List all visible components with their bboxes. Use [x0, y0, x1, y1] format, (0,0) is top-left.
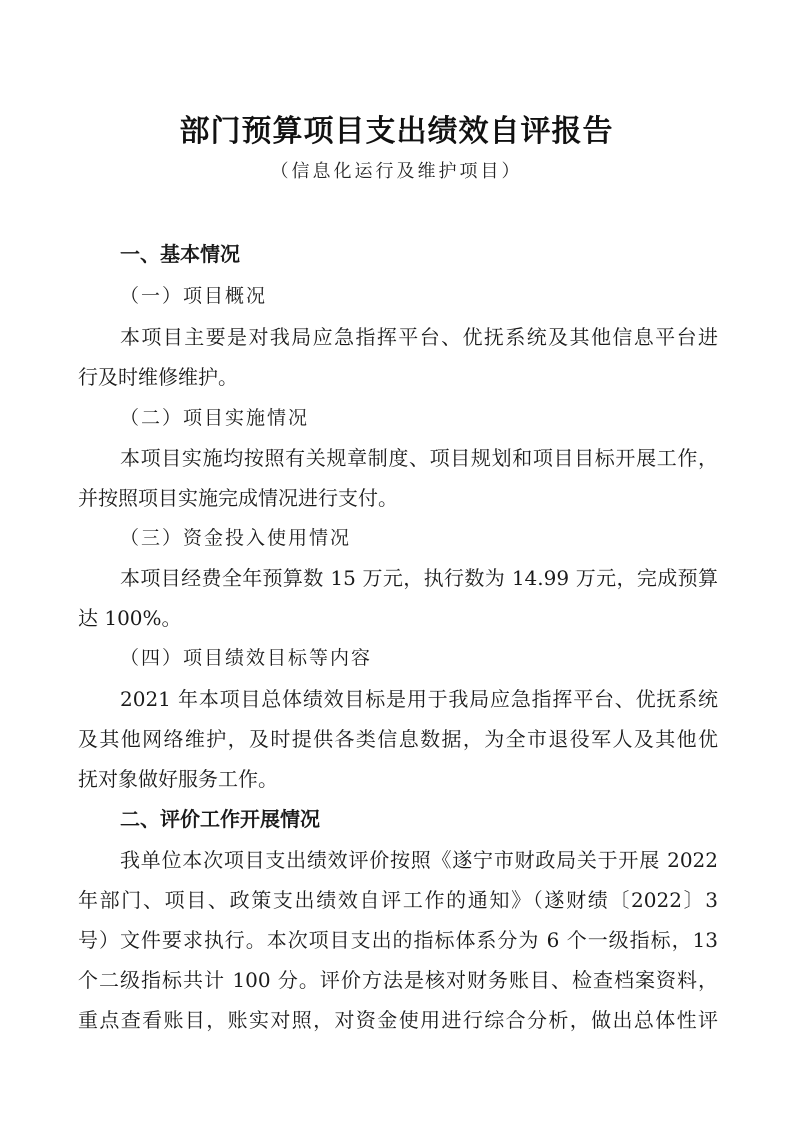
- paragraph-line: 并按照项目实施完成情况进行支付。: [78, 478, 718, 518]
- paragraph-line: 2021 年本项目总体绩效目标是用于我局应急指挥平台、优抚系统: [120, 679, 718, 719]
- subsection-heading-implementation: （二）项目实施情况: [120, 398, 718, 438]
- paragraph-line: 本项目主要是对我局应急指挥平台、优抚系统及其他信息平台进: [120, 317, 718, 357]
- paragraph-line: 号）文件要求执行。本次项目支出的指标体系分为 6 个一级指标，13: [78, 920, 718, 960]
- subsection-heading-performance-goals: （四）项目绩效目标等内容: [120, 638, 718, 678]
- paragraph-line: 年部门、项目、政策支出绩效自评工作的通知》（遂财绩〔2022〕3: [78, 880, 718, 920]
- section-heading-basic-info: 一、基本情况: [120, 234, 718, 274]
- paragraph-line: 本项目经费全年预算数 15 万元，执行数为 14.99 万元，完成预算: [120, 558, 718, 598]
- paragraph-line: 及其他网络维护，及时提供各类信息数据，为全市退役军人及其他优: [78, 719, 718, 759]
- section-heading-evaluation: 二、评价工作开展情况: [120, 799, 718, 839]
- subsection-heading-funding: （三）资金投入使用情况: [120, 518, 718, 558]
- paragraph-line: 达 100%。: [78, 598, 718, 638]
- document-subtitle: （信息化运行及维护项目）: [0, 158, 793, 186]
- paragraph-line: 行及时维修维护。: [78, 357, 718, 397]
- paragraph-line: 抚对象做好服务工作。: [78, 759, 718, 799]
- paragraph-line: 本项目实施均按照有关规章制度、项目规划和项目目标开展工作，: [120, 438, 718, 478]
- paragraph-line: 个二级指标共计 100 分。评价方法是核对财务账目、检查档案资料，: [78, 960, 718, 1000]
- paragraph-line: 重点查看账目，账实对照，对资金使用进行综合分析，做出总体性评: [78, 1000, 718, 1040]
- paragraph-line: 我单位本次项目支出绩效评价按照《遂宁市财政局关于开展 2022: [120, 840, 718, 880]
- document-title: 部门预算项目支出绩效自评报告: [0, 112, 793, 152]
- document-page: 部门预算项目支出绩效自评报告 （信息化运行及维护项目） 一、基本情况 （一）项目…: [0, 0, 793, 1122]
- subsection-heading-overview: （一）项目概况: [120, 276, 718, 316]
